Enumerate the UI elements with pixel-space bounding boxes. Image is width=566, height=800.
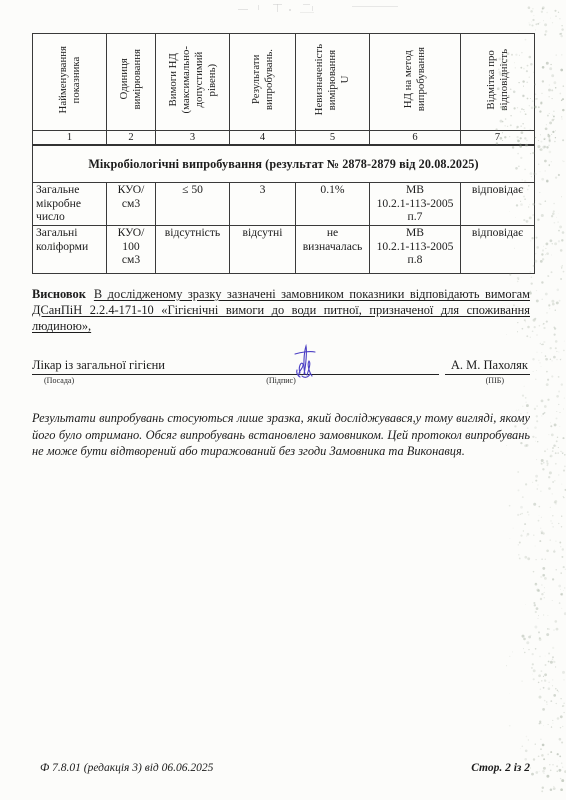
- cell-method: МВ 10.2.1-113-2005 п.8: [370, 226, 461, 274]
- cell-unit: КУО/ 100 см3: [107, 226, 156, 274]
- header-label: НД на метод випробування: [402, 47, 428, 111]
- header-cell-result: Результати випробувань.: [230, 34, 296, 131]
- table-row: Загальне мікробне число КУО/ см3 ≤ 50 3 …: [33, 183, 535, 226]
- column-number: 5: [296, 131, 370, 146]
- header-label: Найменування показника: [57, 46, 83, 113]
- cell-uncertainty: не визначалась: [296, 226, 370, 274]
- header-label: Вимоги НД (максимально- допустимий рівен…: [167, 46, 219, 113]
- signature-block: Лікар із загальної гігієни А. М. Пахоляк…: [32, 358, 530, 387]
- form-code: Ф 7.8.01 (редакція 3) від 06.06.2025: [40, 762, 213, 774]
- section-title-row: Мікробіологічні випробування (результат …: [33, 145, 535, 183]
- column-number-row: 1 2 3 4 5 6 7: [33, 131, 535, 146]
- conclusion-label: Висновок: [32, 287, 94, 301]
- section-title: Мікробіологічні випробування (результат …: [33, 145, 535, 183]
- cell-method: МВ 10.2.1-113-2005 п.7: [370, 183, 461, 226]
- cell-requirement: ≤ 50: [156, 183, 230, 226]
- name-caption: (ПІБ): [486, 376, 504, 385]
- header-label: Одиниця вимірювання: [118, 49, 144, 109]
- column-number: 1: [33, 131, 107, 146]
- cell-requirement: відсутність: [156, 226, 230, 274]
- column-number: 4: [230, 131, 296, 146]
- conclusion-text: В дослідженому зразку зазначені замовник…: [32, 287, 530, 333]
- header-cell-requirement: Вимоги НД (максимально- допустимий рівен…: [156, 34, 230, 131]
- cell-uncertainty: 0.1%: [296, 183, 370, 226]
- cell-conformity: відповідає: [461, 226, 535, 274]
- cell-parameter: Загальне мікробне число: [33, 183, 107, 226]
- handwritten-signature-icon: [282, 343, 326, 379]
- header-label: Результати випробувань.: [250, 49, 276, 110]
- signer-position: Лікар із загальної гігієни: [32, 358, 169, 375]
- test-results-table: Найменування показника Одиниця вимірюван…: [32, 33, 535, 274]
- cell-result: 3: [230, 183, 296, 226]
- table-row: Загальні коліформи КУО/ 100 см3 відсутні…: [33, 226, 535, 274]
- disclaimer-paragraph: Результати випробувань стосуються лише з…: [32, 410, 530, 460]
- header-label: Невизначеність вимірювання U: [313, 44, 352, 115]
- conclusion-paragraph: ВисновокВ дослідженому зразку зазначені …: [32, 286, 530, 334]
- signature-line: Лікар із загальної гігієни А. М. Пахоляк: [32, 358, 530, 375]
- column-number: 7: [461, 131, 535, 146]
- header-cell-unit: Одиниця вимірювання: [107, 34, 156, 131]
- header-cell-method: НД на метод випробування: [370, 34, 461, 131]
- document-page: Найменування показника Одиниця вимірюван…: [32, 33, 534, 472]
- cell-unit: КУО/ см3: [107, 183, 156, 226]
- header-cell-uncertainty: Невизначеність вимірювання U: [296, 34, 370, 131]
- signer-name: А. М. Пахоляк: [445, 358, 530, 375]
- signature-captions: (Посада) (Підпис) (ПІБ): [32, 375, 530, 387]
- column-number: 6: [370, 131, 461, 146]
- position-caption: (Посада): [44, 376, 74, 385]
- cell-conformity: відповідає: [461, 183, 535, 226]
- page-number: Стор. 2 із 2: [471, 762, 530, 774]
- cell-parameter: Загальні коліформи: [33, 226, 107, 274]
- table-header-row: Найменування показника Одиниця вимірюван…: [33, 34, 535, 131]
- column-number: 2: [107, 131, 156, 146]
- signature-caption: (Підпис): [266, 376, 296, 385]
- header-label: Відмітка про відповідність: [485, 49, 511, 111]
- column-number: 3: [156, 131, 230, 146]
- header-cell-conformity: Відмітка про відповідність: [461, 34, 535, 131]
- signature-area: [169, 358, 439, 375]
- header-cell-parameter: Найменування показника: [33, 34, 107, 131]
- cell-result: відсутні: [230, 226, 296, 274]
